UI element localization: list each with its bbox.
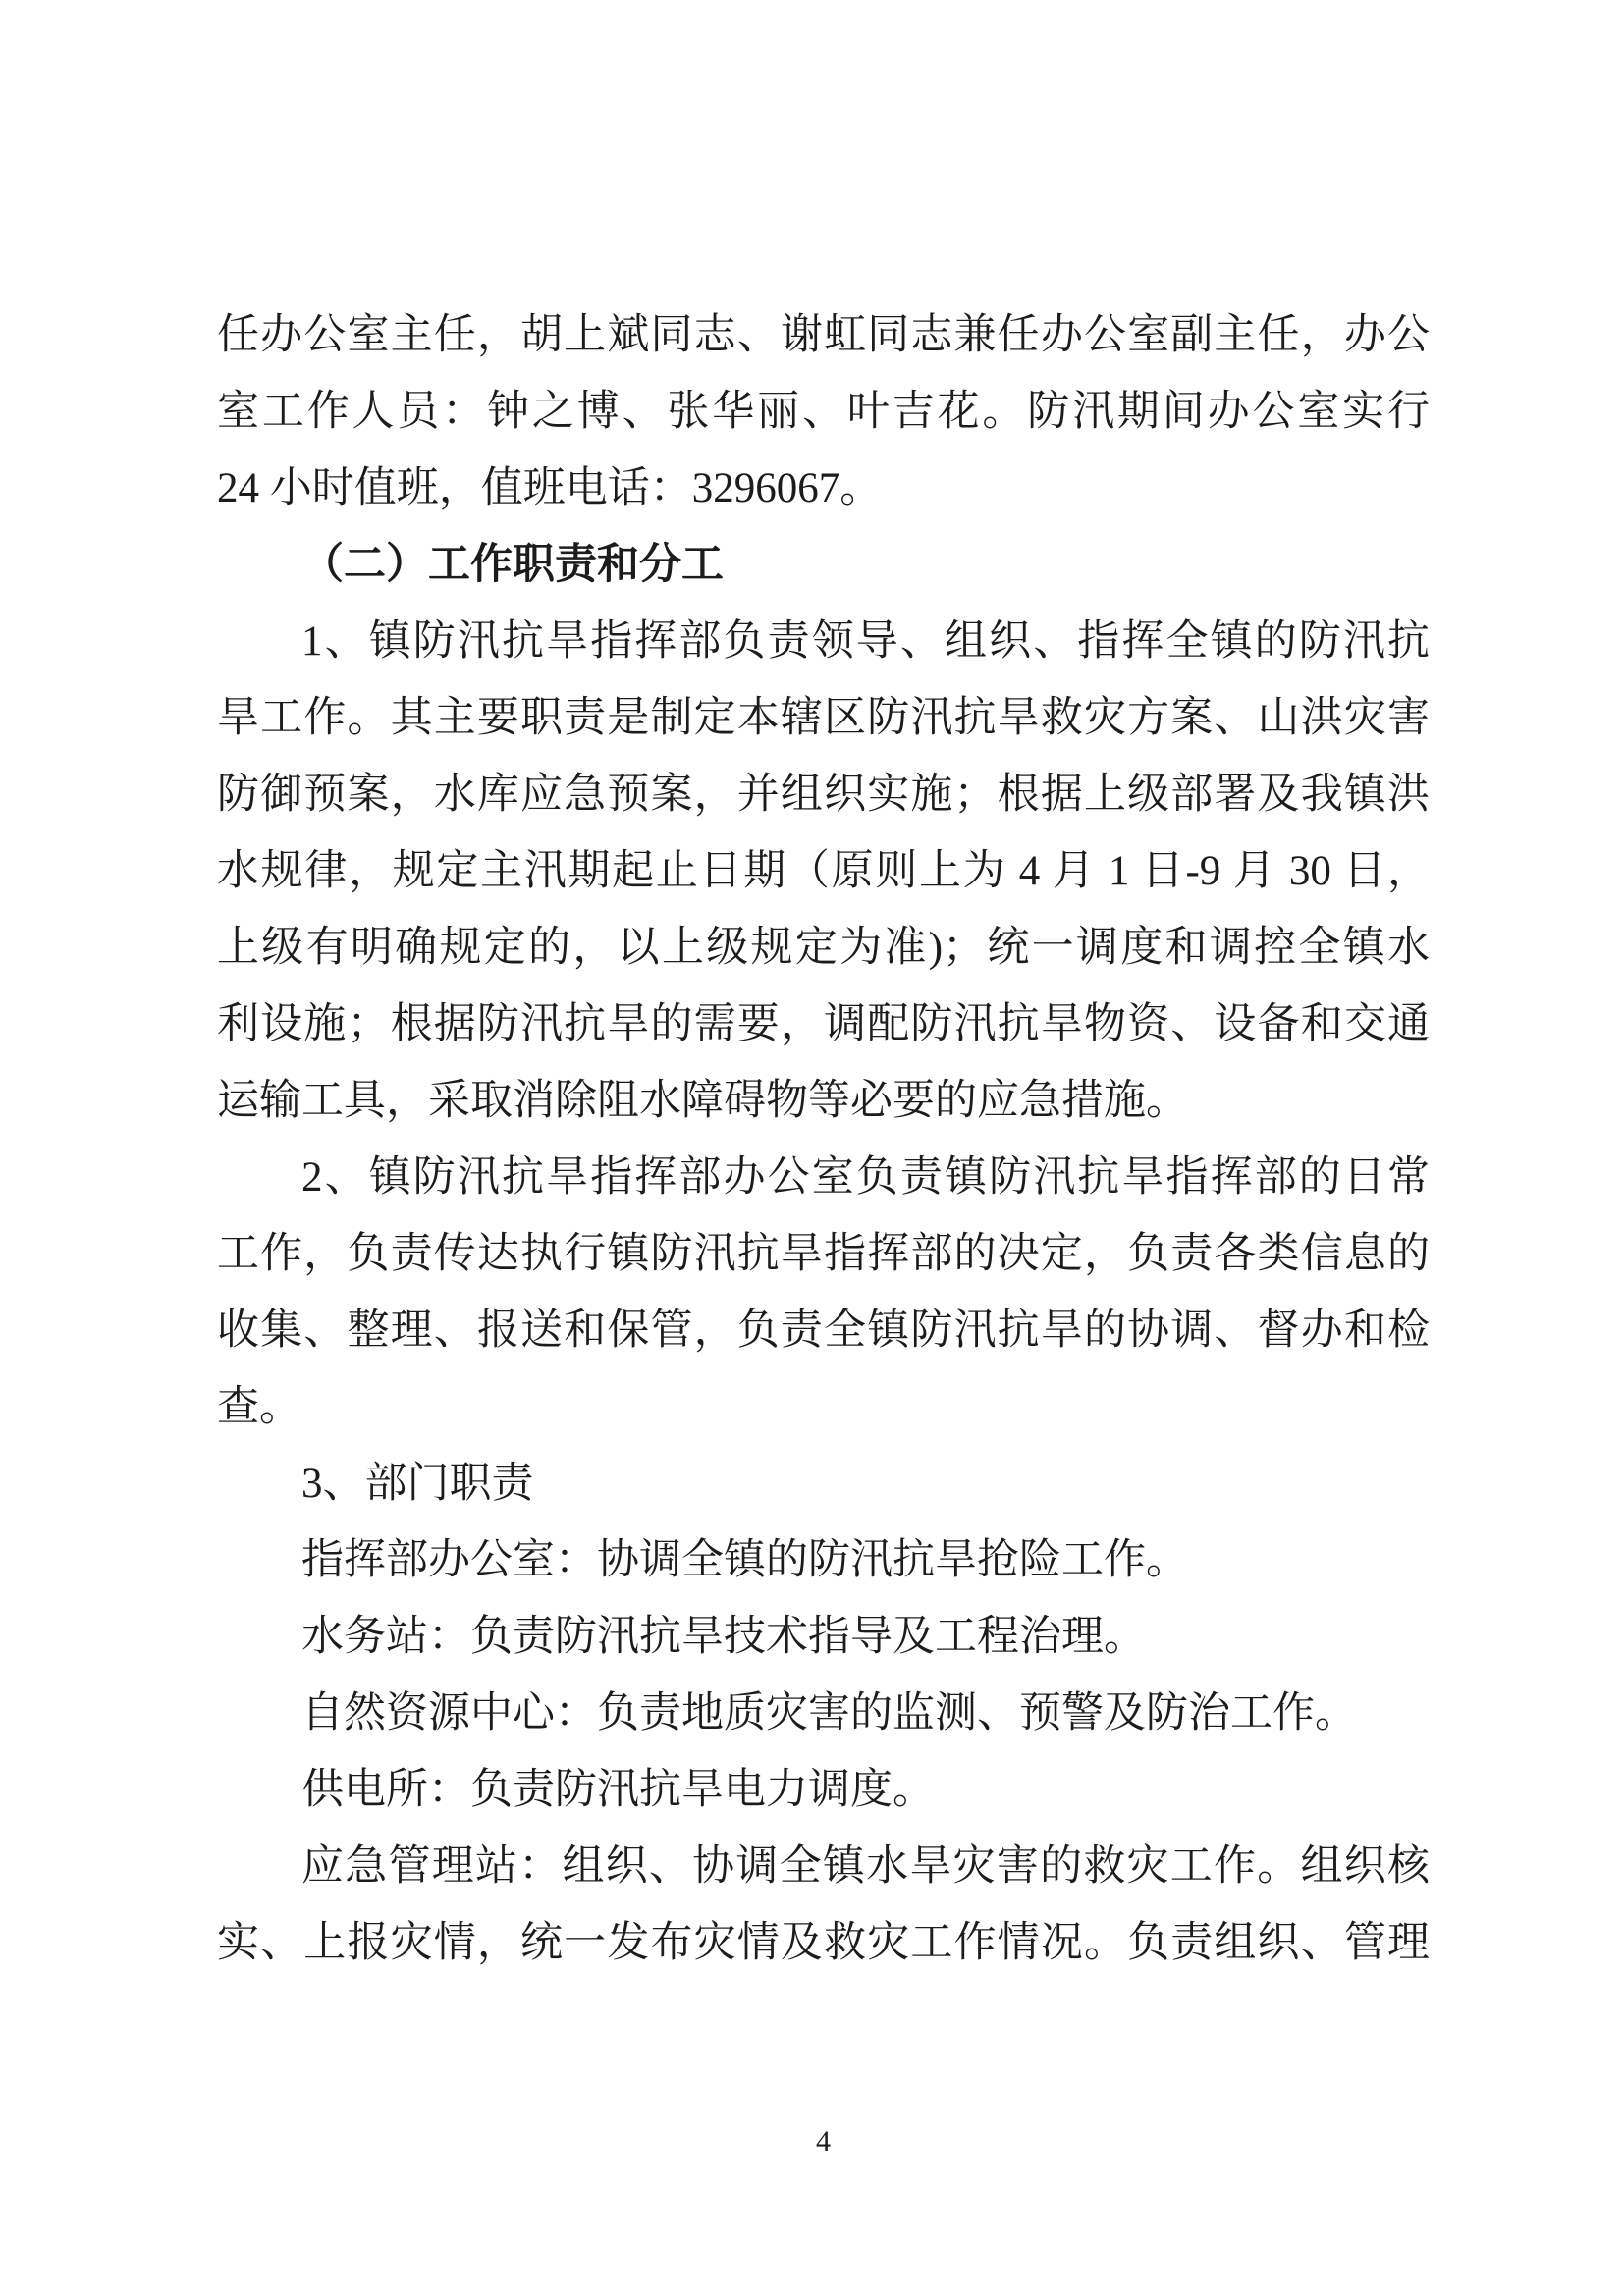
text-line: 实、上报灾情，统一发布灾情及救灾工作情况。负责组织、管理	[217, 1905, 1430, 1982]
text-line: 水务站：负责防汛抗旱技术指导及工程治理。	[217, 1599, 1430, 1676]
text-line: 工作，负责传达执行镇防汛抗旱指挥部的决定，负责各类信息的	[217, 1216, 1430, 1293]
text-line: 防御预案，水库应急预案，并组织实施；根据上级部署及我镇洪	[217, 757, 1430, 833]
text-line: 收集、整理、报送和保管，负责全镇防汛抗旱的协调、督办和检	[217, 1293, 1430, 1369]
text-line: 水规律，规定主汛期起止日期（原则上为 4 月 1 日-9 月 30 日，	[217, 833, 1430, 910]
paragraph-first-line: 2、镇防汛抗旱指挥部办公室负责镇防汛抗旱指挥部的日常	[217, 1140, 1430, 1216]
text-line: 旱工作。其主要职责是制定本辖区防汛抗旱救灾方案、山洪灾害	[217, 680, 1430, 757]
text-line: 供电所：负责防汛抗旱电力调度。	[217, 1752, 1430, 1829]
paragraph-first-line: 应急管理站：组织、协调全镇水旱灾害的救灾工作。组织核	[217, 1829, 1430, 1905]
page-number: 4	[217, 2123, 1430, 2161]
text-line: 24 小时值班，值班电话：3296067。	[217, 451, 1430, 527]
text-line: 自然资源中心：负责地质灾害的监测、预警及防治工作。	[217, 1676, 1430, 1752]
text-line: 运输工具，采取消除阻水障碍物等必要的应急措施。	[217, 1063, 1430, 1140]
text-line: 利设施；根据防汛抗旱的需要，调配防汛抗旱物资、设备和交通	[217, 987, 1430, 1063]
text-line: 室工作人员：钟之博、张华丽、叶吉花。防汛期间办公室实行	[217, 374, 1430, 451]
text-line: 上级有明确规定的，以上级规定为准)；统一调度和调控全镇水	[217, 910, 1430, 987]
paragraph-first-line: 3、部门职责	[217, 1446, 1430, 1522]
text-line: 查。	[217, 1369, 1430, 1446]
document-body: 任办公室主任，胡上斌同志、谢虹同志兼任办公室副主任，办公 室工作人员：钟之博、张…	[217, 297, 1430, 1982]
paragraph-first-line: 1、镇防汛抗旱指挥部负责领导、组织、指挥全镇的防汛抗	[217, 604, 1430, 680]
document-page: 任办公室主任，胡上斌同志、谢虹同志兼任办公室副主任，办公 室工作人员：钟之博、张…	[0, 0, 1624, 2296]
text-line: 指挥部办公室：协调全镇的防汛抗旱抢险工作。	[217, 1522, 1430, 1599]
text-line: 任办公室主任，胡上斌同志、谢虹同志兼任办公室副主任，办公	[217, 297, 1430, 374]
section-heading: （二）工作职责和分工	[217, 527, 1430, 604]
